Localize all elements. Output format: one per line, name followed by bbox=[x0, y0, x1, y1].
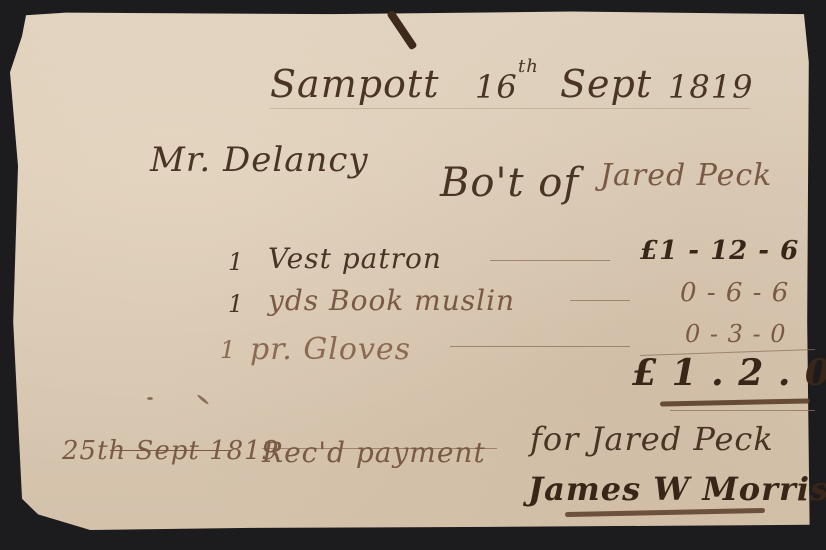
header-month: Sept bbox=[560, 62, 652, 106]
item-1-leader-line bbox=[490, 260, 610, 261]
header-place: Sampott bbox=[270, 62, 439, 106]
receipt-for-line: for Jared Peck bbox=[530, 420, 774, 458]
header-day-suffix: th bbox=[518, 56, 539, 77]
bought-of-label: Bo't of bbox=[440, 160, 579, 206]
header-day: 16 bbox=[475, 68, 518, 106]
receipt-signature: James W Morris bbox=[528, 470, 826, 508]
receipt-date: 25th Sept 1819 bbox=[62, 436, 279, 466]
item-2-leader-line bbox=[570, 300, 630, 301]
item-2-amount: 0 - 6 - 6 bbox=[680, 278, 789, 308]
item-3-description: pr. Gloves bbox=[250, 332, 411, 367]
item-3-amount: 0 - 3 - 0 bbox=[685, 320, 787, 348]
receipt-text: Rec'd payment bbox=[262, 436, 486, 469]
receipt-date-strikethrough bbox=[110, 450, 230, 451]
addressee: Mr. Delancy bbox=[150, 140, 369, 180]
item-3-qty: 1 bbox=[220, 336, 236, 364]
item-1-description: Vest patron bbox=[268, 242, 442, 275]
ink-blot bbox=[147, 397, 153, 400]
header-underline bbox=[270, 108, 750, 109]
item-1-amount: £1 - 12 - 6 bbox=[640, 236, 799, 266]
total-amount: £ 1 . 2 . 0 bbox=[632, 352, 826, 394]
item-1-qty: 1 bbox=[228, 248, 244, 276]
seller-name: Jared Peck bbox=[600, 158, 772, 193]
total-underline-thin bbox=[670, 410, 815, 411]
receipt-text-strikethrough bbox=[262, 448, 497, 449]
item-3-leader-line bbox=[450, 346, 630, 347]
item-2-qty: 1 bbox=[228, 290, 244, 318]
header-year: 1819 bbox=[668, 68, 753, 106]
item-2-description: yds Book muslin bbox=[268, 284, 515, 317]
